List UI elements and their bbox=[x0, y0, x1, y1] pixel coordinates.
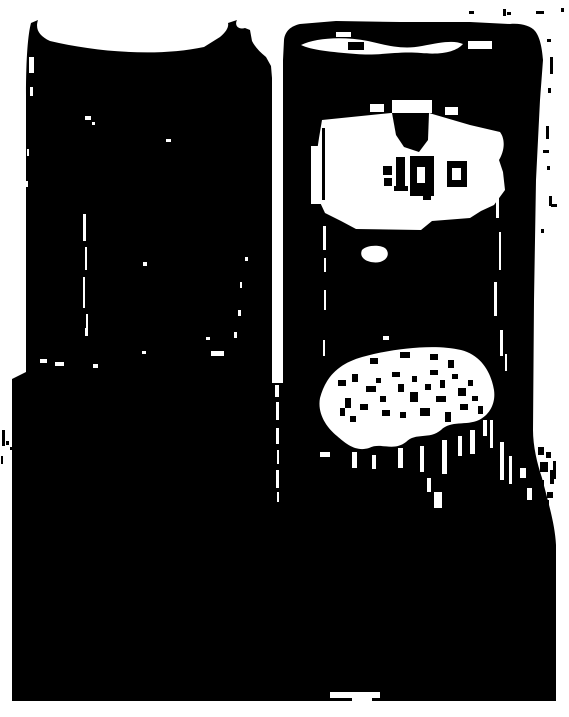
speck bbox=[211, 351, 224, 356]
speck bbox=[384, 178, 392, 186]
speck bbox=[547, 492, 553, 498]
speck bbox=[345, 398, 351, 408]
speck bbox=[417, 167, 425, 183]
speck bbox=[83, 214, 86, 241]
speck bbox=[396, 157, 405, 189]
speck bbox=[470, 430, 475, 454]
speck bbox=[238, 310, 241, 316]
speck bbox=[520, 468, 526, 478]
speck bbox=[380, 396, 386, 402]
speck bbox=[2, 430, 5, 446]
speck bbox=[445, 107, 458, 115]
speck bbox=[83, 277, 85, 308]
speck bbox=[324, 290, 326, 310]
speck bbox=[350, 416, 356, 422]
speck bbox=[546, 452, 551, 458]
speck bbox=[277, 450, 279, 464]
speck bbox=[538, 447, 544, 455]
speck bbox=[392, 372, 400, 377]
speck bbox=[85, 328, 88, 336]
speck bbox=[541, 500, 549, 506]
speck bbox=[468, 380, 473, 386]
speck bbox=[440, 380, 445, 388]
speck bbox=[547, 39, 551, 42]
speck bbox=[383, 166, 392, 175]
speck bbox=[6, 441, 9, 445]
speck bbox=[93, 364, 98, 368]
speck bbox=[234, 332, 237, 338]
speck bbox=[427, 478, 431, 492]
speck bbox=[142, 351, 146, 354]
speck bbox=[468, 41, 492, 49]
speck bbox=[245, 257, 248, 261]
speck bbox=[382, 410, 390, 416]
speck bbox=[400, 352, 410, 358]
speck bbox=[240, 282, 242, 288]
speck bbox=[206, 337, 210, 340]
speck bbox=[500, 330, 503, 356]
speck bbox=[352, 696, 372, 701]
speck bbox=[553, 461, 556, 479]
speck bbox=[452, 374, 458, 379]
speck bbox=[55, 362, 64, 366]
speck bbox=[322, 128, 325, 200]
speck bbox=[338, 380, 346, 386]
photo-canvas bbox=[0, 0, 569, 717]
speck bbox=[546, 126, 549, 139]
speck bbox=[494, 282, 497, 316]
speck bbox=[360, 404, 368, 410]
speck bbox=[541, 229, 544, 233]
binarized-photo: 10 □ bbox=[0, 0, 569, 717]
speck bbox=[372, 455, 376, 469]
speck bbox=[412, 376, 417, 382]
speck bbox=[276, 470, 279, 488]
speck bbox=[499, 232, 501, 270]
speck bbox=[420, 446, 424, 472]
speck bbox=[166, 139, 171, 142]
speck bbox=[40, 359, 47, 363]
speck bbox=[398, 448, 403, 468]
speck bbox=[500, 442, 504, 480]
speck bbox=[410, 392, 418, 402]
speck bbox=[425, 384, 431, 390]
speck bbox=[469, 11, 474, 14]
speck bbox=[26, 181, 28, 187]
speck bbox=[478, 406, 483, 414]
speck bbox=[336, 32, 351, 37]
speck bbox=[551, 204, 557, 207]
speck bbox=[92, 122, 95, 125]
speck bbox=[536, 11, 544, 14]
speck bbox=[276, 402, 279, 420]
speck bbox=[483, 420, 487, 436]
speck bbox=[30, 87, 33, 96]
speck bbox=[29, 57, 34, 73]
speck bbox=[376, 378, 381, 383]
speck bbox=[323, 340, 325, 356]
speck bbox=[383, 336, 389, 340]
speck bbox=[527, 488, 532, 500]
speck bbox=[275, 385, 279, 397]
speck bbox=[400, 412, 406, 418]
speck bbox=[352, 452, 357, 468]
speck bbox=[458, 388, 466, 396]
speck bbox=[352, 374, 358, 382]
speck bbox=[452, 168, 461, 180]
speck bbox=[507, 12, 511, 15]
speck bbox=[398, 384, 404, 392]
speck bbox=[85, 116, 91, 120]
speck bbox=[548, 88, 551, 93]
speck bbox=[370, 358, 378, 364]
speck bbox=[320, 452, 330, 457]
speck bbox=[434, 492, 442, 508]
speck bbox=[392, 100, 432, 113]
speck bbox=[85, 247, 87, 270]
speck bbox=[324, 258, 326, 272]
speck bbox=[430, 354, 438, 360]
speck bbox=[496, 188, 499, 218]
speck bbox=[430, 370, 438, 375]
speck bbox=[370, 104, 384, 112]
speck bbox=[543, 150, 549, 153]
speck bbox=[10, 447, 12, 450]
speck bbox=[442, 440, 447, 474]
speck bbox=[394, 186, 408, 191]
speck bbox=[538, 480, 544, 488]
speck bbox=[445, 412, 451, 422]
speck bbox=[490, 420, 493, 448]
speck bbox=[276, 428, 279, 444]
speck bbox=[420, 408, 430, 416]
speck bbox=[277, 492, 279, 502]
speck bbox=[540, 462, 548, 472]
speck bbox=[323, 226, 326, 250]
speck bbox=[503, 9, 506, 16]
speck bbox=[505, 354, 507, 371]
speck bbox=[561, 8, 564, 12]
speck bbox=[544, 510, 550, 515]
speck bbox=[366, 386, 376, 392]
speck bbox=[547, 166, 550, 170]
speck bbox=[458, 436, 462, 456]
speck bbox=[348, 42, 364, 50]
speck bbox=[27, 149, 29, 156]
speck bbox=[460, 404, 468, 410]
speck bbox=[550, 57, 553, 74]
speck bbox=[436, 396, 446, 402]
speck bbox=[509, 456, 512, 484]
speck bbox=[1, 456, 3, 464]
left-container-silhouette bbox=[12, 20, 272, 701]
speck bbox=[143, 262, 147, 266]
speck bbox=[472, 396, 478, 401]
speck bbox=[340, 408, 345, 416]
speck bbox=[423, 194, 431, 200]
speck bbox=[448, 360, 454, 368]
